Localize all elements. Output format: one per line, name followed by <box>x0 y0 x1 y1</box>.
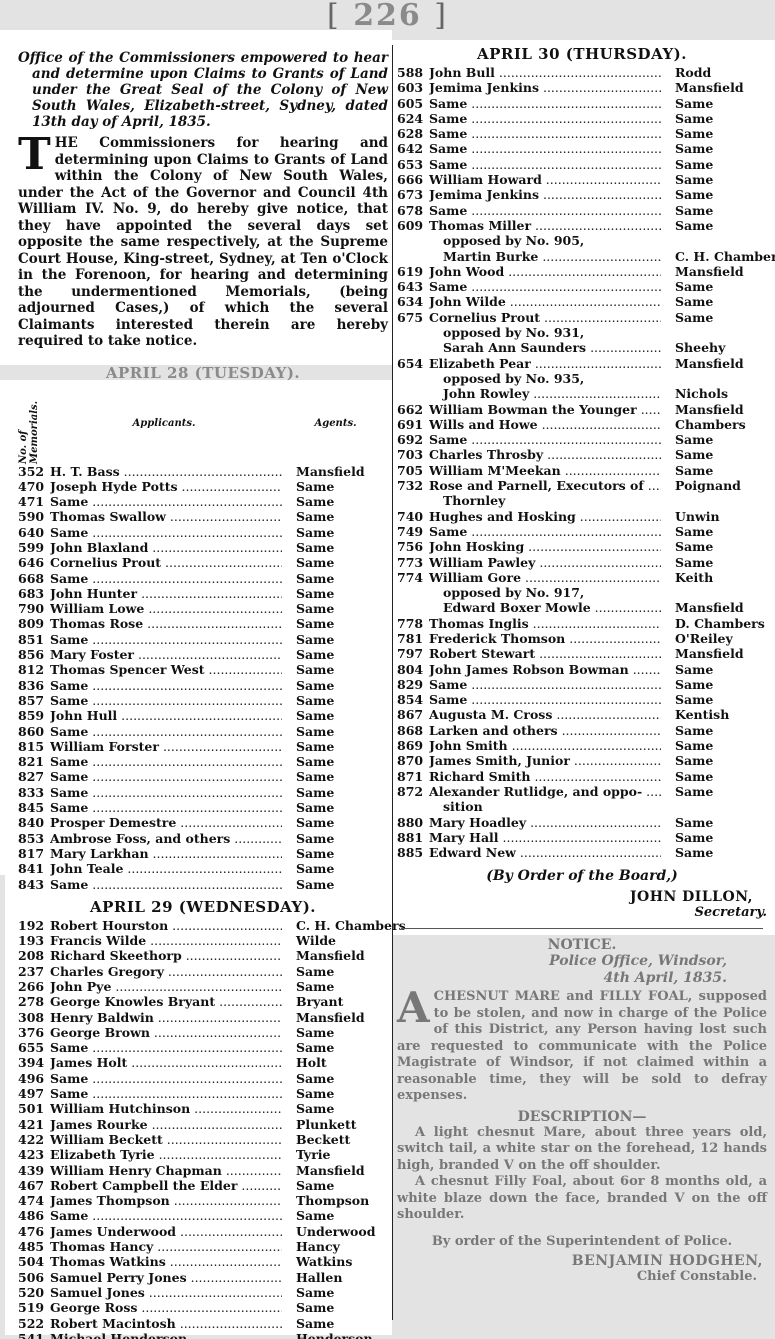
applicant-name: Same <box>50 769 282 784</box>
table-row: 815William ForsterSame <box>18 739 388 754</box>
agent-name: Same <box>661 126 767 141</box>
applicant-name: Jemima Jenkins <box>429 187 661 202</box>
applicant-name: Larken and others <box>429 723 661 738</box>
applicant-name: Jemima Jenkins <box>429 80 661 95</box>
memorial-number: 603 <box>397 80 429 95</box>
agent-name: Same <box>661 815 767 830</box>
memorial-number: 496 <box>18 1071 50 1086</box>
memorial-number: 497 <box>18 1086 50 1101</box>
memorial-number <box>397 325 429 340</box>
applicant-name: Rose and Parnell, Executors of <box>429 478 661 493</box>
memorial-number: 851 <box>18 632 50 647</box>
agent-name: Same <box>282 724 388 739</box>
applicant-name: John Wood <box>429 264 661 279</box>
applicant-name: John Smith <box>429 738 661 753</box>
applicant-name: Charles Throsby <box>429 447 661 462</box>
memorial-number <box>397 600 429 615</box>
agent-name: Same <box>661 96 767 111</box>
memorial-number: 394 <box>18 1055 50 1070</box>
agent-name: Same <box>282 1071 388 1086</box>
agent-name: Same <box>661 769 767 784</box>
table-row: opposed by No. 917, <box>397 585 767 600</box>
applicant-name: Same <box>429 692 661 707</box>
table-row: 790William LoweSame <box>18 601 388 616</box>
applicant-name: Same <box>50 1040 282 1055</box>
agent-name: Same <box>282 846 388 861</box>
table-row: 237Charles GregorySame <box>18 964 388 979</box>
agent-name: Same <box>282 785 388 800</box>
table-row: 208Richard SkeethorpMansfield <box>18 948 388 963</box>
memorial-number: 504 <box>18 1254 50 1269</box>
table-row: 653SameSame <box>397 157 767 172</box>
memorial-number: 192 <box>18 918 50 933</box>
agent-name: Same <box>282 815 388 830</box>
table-row: 868Larken and othersSame <box>397 723 767 738</box>
agent-name: Same <box>282 1040 388 1055</box>
table-row: 643SameSame <box>397 279 767 294</box>
list-april-30: 588John BullRodd603Jemima JenkinsMansfie… <box>397 65 767 860</box>
applicant-name: Mary Foster <box>50 647 282 662</box>
applicant-name: Michael Henderson <box>50 1331 282 1339</box>
signer-title: Secretary. <box>397 905 767 920</box>
memorial-number: 827 <box>18 769 50 784</box>
memorial-number: 237 <box>18 964 50 979</box>
table-row: 705William M'MeekanSame <box>397 463 767 478</box>
memorial-number <box>397 493 429 508</box>
table-row: 422William BeckettBeckett <box>18 1132 388 1147</box>
applicant-name: Same <box>429 126 661 141</box>
table-row: 662William Bowman the YoungerMansfield <box>397 402 767 417</box>
table-row: 266John PyeSame <box>18 979 388 994</box>
agent-name: Same <box>282 800 388 815</box>
applicant-name: opposed by No. 917, <box>429 585 661 600</box>
applicant-name: Frederick Thomson <box>429 631 661 646</box>
memorial-number: 423 <box>18 1147 50 1162</box>
table-row: 773William PawleySame <box>397 555 767 570</box>
table-row: 666William HowardSame <box>397 172 767 187</box>
agent-name: Same <box>661 203 767 218</box>
agent-name: Same <box>282 964 388 979</box>
applicant-name: Thomas Watkins <box>50 1254 282 1269</box>
applicant-name: James Smith, Junior <box>429 753 661 768</box>
table-row: 308Henry BaldwinMansfield <box>18 1010 388 1025</box>
agent-name: Mansfield <box>661 600 767 615</box>
table-row: 634John WildeSame <box>397 294 767 309</box>
applicant-name: James Rourke <box>50 1117 282 1132</box>
table-row: 851SameSame <box>18 632 388 647</box>
applicant-name: Same <box>50 632 282 647</box>
description-heading: DESCRIPTION— <box>397 1109 767 1125</box>
memorial-number: 470 <box>18 479 50 494</box>
applicant-name: John Wilde <box>429 294 661 309</box>
notice-text: CHESNUT MARE and FILLY FOAL, supposed to… <box>397 989 767 1103</box>
agent-name: Same <box>661 294 767 309</box>
notice-signer-title: Chief Constable. <box>397 1269 767 1284</box>
agent-name: Mansfield <box>661 80 767 95</box>
header-agents: Agents. <box>288 418 383 429</box>
table-row: 860SameSame <box>18 724 388 739</box>
agent-name: Same <box>661 141 767 156</box>
table-row: 836SameSame <box>18 678 388 693</box>
applicant-name: James Thompson <box>50 1193 282 1208</box>
agent-name: Mansfield <box>282 1163 388 1178</box>
memorial-number: 867 <box>397 707 429 722</box>
memorial-number: 666 <box>397 172 429 187</box>
applicant-name: Thomas Hancy <box>50 1239 282 1254</box>
agent-name: Same <box>661 723 767 738</box>
table-row: 640SameSame <box>18 525 388 540</box>
table-row: 471SameSame <box>18 494 388 509</box>
memorial-number: 646 <box>18 555 50 570</box>
table-row: 845SameSame <box>18 800 388 815</box>
agent-name <box>661 799 767 814</box>
memorial-number: 692 <box>397 432 429 447</box>
applicant-name: Robert Stewart <box>429 646 661 661</box>
memorial-number <box>397 585 429 600</box>
table-row: 804John James Robson BowmanSame <box>397 662 767 677</box>
memorial-number: 655 <box>18 1040 50 1055</box>
memorial-number: 520 <box>18 1285 50 1300</box>
applicant-name: Same <box>50 571 282 586</box>
applicant-name: Same <box>50 800 282 815</box>
applicant-name: William Beckett <box>50 1132 282 1147</box>
notice-signer: BENJAMIN HODGHEN, <box>397 1253 767 1269</box>
table-row: 476James UnderwoodUnderwood <box>18 1224 388 1239</box>
day-heading-april-28: APRIL 28 (TUESDAY). <box>18 364 388 382</box>
memorial-number: 541 <box>18 1331 50 1339</box>
table-row: John RowleyNichols <box>397 386 767 401</box>
applicant-name: Same <box>429 111 661 126</box>
memorial-number: 673 <box>397 187 429 202</box>
agent-name: Hancy <box>282 1239 388 1254</box>
description-mare: A light chesnut Mare, about three years … <box>397 1125 767 1175</box>
applicant-name: Same <box>50 754 282 769</box>
table-row: 421James RourkePlunkett <box>18 1117 388 1132</box>
table-row: 504Thomas WatkinsWatkins <box>18 1254 388 1269</box>
table-row: 474James ThompsonThompson <box>18 1193 388 1208</box>
agent-name: Poignand <box>661 478 767 493</box>
memorial-number: 640 <box>18 525 50 540</box>
table-row: Thornley <box>397 493 767 508</box>
memorial-number <box>397 799 429 814</box>
agent-name: Watkins <box>282 1254 388 1269</box>
table-row: 470Joseph Hyde PottsSame <box>18 479 388 494</box>
agent-name: Same <box>661 310 767 325</box>
table-row: 519George RossSame <box>18 1300 388 1315</box>
agent-name: Same <box>282 979 388 994</box>
agent-name: Same <box>282 494 388 509</box>
applicant-name: Joseph Hyde Potts <box>50 479 282 494</box>
memorial-number: 266 <box>18 979 50 994</box>
memorial-number: 590 <box>18 509 50 524</box>
agent-name: Same <box>661 524 767 539</box>
applicant-name: George Brown <box>50 1025 282 1040</box>
memorial-number: 519 <box>18 1300 50 1315</box>
memorial-number <box>397 233 429 248</box>
applicant-name: William Lowe <box>50 601 282 616</box>
applicant-name: William Forster <box>50 739 282 754</box>
agent-name: Same <box>661 692 767 707</box>
memorial-number: 683 <box>18 586 50 601</box>
applicant-name: Same <box>50 525 282 540</box>
agent-name: Same <box>661 662 767 677</box>
agent-name: Same <box>282 693 388 708</box>
agent-name: D. Chambers <box>661 616 767 631</box>
applicant-name: John Blaxland <box>50 540 282 555</box>
memorial-number: 836 <box>18 678 50 693</box>
memorial-number: 773 <box>397 555 429 570</box>
memorial-number: 668 <box>18 571 50 586</box>
agent-name: Same <box>661 172 767 187</box>
agent-name: Same <box>282 509 388 524</box>
table-row: Sarah Ann SaundersSheehy <box>397 340 767 355</box>
agent-name: Rodd <box>661 65 767 80</box>
applicant-name: Same <box>429 203 661 218</box>
memorial-number: 474 <box>18 1193 50 1208</box>
table-row: 871Richard SmithSame <box>397 769 767 784</box>
applicant-name: William Gore <box>429 570 661 585</box>
signer-name: JOHN DILLON, <box>397 889 767 905</box>
table-row: 678SameSame <box>397 203 767 218</box>
table-row: 376George BrownSame <box>18 1025 388 1040</box>
applicant-name: John Teale <box>50 861 282 876</box>
memorial-number: 841 <box>18 861 50 876</box>
applicant-name: Elizabeth Pear <box>429 356 661 371</box>
agent-name: Same <box>282 540 388 555</box>
applicant-name: Richard Smith <box>429 769 661 784</box>
table-row: 756John HoskingSame <box>397 539 767 554</box>
memorial-number: 654 <box>397 356 429 371</box>
applicant-name: Same <box>50 678 282 693</box>
left-column: Office of the Commissioners empowered to… <box>18 50 388 1339</box>
agent-name: Thompson <box>282 1193 388 1208</box>
applicant-name: Same <box>429 524 661 539</box>
table-row: opposed by No. 905, <box>397 233 767 248</box>
agent-name: Same <box>661 157 767 172</box>
applicant-name: Charles Gregory <box>50 964 282 979</box>
right-column: APRIL 30 (THURSDAY). 588John BullRodd603… <box>397 40 767 1284</box>
table-row: 655SameSame <box>18 1040 388 1055</box>
agent-name: Sheehy <box>661 340 767 355</box>
agent-name: Same <box>282 769 388 784</box>
table-row: 817Mary LarkhanSame <box>18 846 388 861</box>
applicant-name: William Henry Chapman <box>50 1163 282 1178</box>
memorial-number: 868 <box>397 723 429 738</box>
applicant-name: sition <box>429 799 661 814</box>
memorial-number: 352 <box>18 464 50 479</box>
table-row: 872Alexander Rutlidge, and oppo-Same <box>397 784 767 799</box>
agent-name: Same <box>282 1316 388 1331</box>
agent-name <box>661 325 767 340</box>
applicant-name: James Holt <box>50 1055 282 1070</box>
memorial-number: 870 <box>397 753 429 768</box>
office-heading: Office of the Commissioners empowered to… <box>18 50 388 130</box>
agent-name: Same <box>661 677 767 692</box>
day-heading-april-29: APRIL 29 (WEDNESDAY). <box>18 898 388 916</box>
memorial-number: 522 <box>18 1316 50 1331</box>
applicant-name: Martin Burke <box>429 249 661 264</box>
applicant-name: William Howard <box>429 172 661 187</box>
applicant-name: John Bull <box>429 65 661 80</box>
applicant-name: Cornelius Prout <box>429 310 661 325</box>
table-row: 732Rose and Parnell, Executors ofPoignan… <box>397 478 767 493</box>
by-order-line: (By Order of the Board,) <box>397 868 767 884</box>
applicant-name: Same <box>50 1071 282 1086</box>
table-row: 192Robert HourstonC. H. Chambers <box>18 918 388 933</box>
agent-name: Same <box>661 555 767 570</box>
applicant-name: Thomas Inglis <box>429 616 661 631</box>
table-row: 843SameSame <box>18 877 388 892</box>
table-row: 501William HutchinsonSame <box>18 1101 388 1116</box>
agent-name: Chambers <box>661 417 767 432</box>
agent-name <box>661 233 767 248</box>
table-row: 840Prosper DemestreSame <box>18 815 388 830</box>
memorial-number: 605 <box>397 96 429 111</box>
applicant-name: Edward Boxer Mowle <box>429 600 661 615</box>
bracket-open: [ <box>327 0 341 33</box>
agent-name: Unwin <box>661 509 767 524</box>
applicant-name: H. T. Bass <box>50 464 282 479</box>
applicant-name: Same <box>429 677 661 692</box>
agent-name: C. H. Chambers <box>661 249 775 264</box>
agent-name: Tyrie <box>282 1147 388 1162</box>
applicant-name: Robert Hourston <box>50 918 282 933</box>
memorial-number: 501 <box>18 1101 50 1116</box>
memorial-number: 653 <box>397 157 429 172</box>
table-row: 439William Henry ChapmanMansfield <box>18 1163 388 1178</box>
table-row: 675Cornelius ProutSame <box>397 310 767 325</box>
table-row: 703Charles ThrosbySame <box>397 447 767 462</box>
table-row: 588John BullRodd <box>397 65 767 80</box>
memorial-number: 439 <box>18 1163 50 1178</box>
agent-name: Same <box>282 877 388 892</box>
agent-name: Same <box>282 1300 388 1315</box>
table-row: 740Hughes and HoskingUnwin <box>397 509 767 524</box>
agent-name: Holt <box>282 1055 388 1070</box>
memorial-number: 812 <box>18 662 50 677</box>
memorial-number: 860 <box>18 724 50 739</box>
table-row: 797Robert StewartMansfield <box>397 646 767 661</box>
table-row: 673Jemima JenkinsSame <box>397 187 767 202</box>
applicant-name: Elizabeth Tyrie <box>50 1147 282 1162</box>
agent-name: Same <box>282 479 388 494</box>
agent-name <box>661 371 767 386</box>
memorial-number: 854 <box>397 692 429 707</box>
applicant-name: John Rowley <box>429 386 661 401</box>
memorial-number: 809 <box>18 616 50 631</box>
table-row: 624SameSame <box>397 111 767 126</box>
table-row: 467Robert Campbell the ElderSame <box>18 1178 388 1193</box>
applicant-name: Ambrose Foss, and others <box>50 831 282 846</box>
agent-name: Same <box>282 754 388 769</box>
table-row: 827SameSame <box>18 769 388 784</box>
agent-name: Same <box>282 708 388 723</box>
memorial-number: 193 <box>18 933 50 948</box>
applicant-name: Thomas Spencer West <box>50 662 282 677</box>
applicant-name: Thomas Rose <box>50 616 282 631</box>
agent-name: Same <box>661 111 767 126</box>
agent-name: Same <box>282 1285 388 1300</box>
table-row: 854SameSame <box>397 692 767 707</box>
memorial-number <box>397 340 429 355</box>
applicant-name: opposed by No. 931, <box>429 325 661 340</box>
memorial-number: 856 <box>18 647 50 662</box>
agent-name: Underwood <box>282 1224 388 1239</box>
memorial-number <box>397 371 429 386</box>
memorial-number: 857 <box>18 693 50 708</box>
list-april-28: 352H. T. BassMansfield470Joseph Hyde Pot… <box>18 464 388 892</box>
table-row: 774William GoreKeith <box>397 570 767 585</box>
memorial-number: 740 <box>397 509 429 524</box>
applicant-name: William M'Meekan <box>429 463 661 478</box>
agent-name: Same <box>282 1178 388 1193</box>
applicant-name: Hughes and Hosking <box>429 509 661 524</box>
agent-name: Same <box>282 1101 388 1116</box>
table-row: 603Jemima JenkinsMansfield <box>397 80 767 95</box>
agent-name: Same <box>282 555 388 570</box>
agent-name: Mansfield <box>282 948 388 963</box>
table-row: 496SameSame <box>18 1071 388 1086</box>
memorial-number: 885 <box>397 845 429 860</box>
table-row: 856Mary FosterSame <box>18 647 388 662</box>
memorial-number: 817 <box>18 846 50 861</box>
agent-name: O'Reiley <box>661 631 767 646</box>
applicant-name: Samuel Perry Jones <box>50 1270 282 1285</box>
memorial-number: 880 <box>397 815 429 830</box>
memorial-number: 815 <box>18 739 50 754</box>
memorial-number: 871 <box>397 769 429 784</box>
applicant-name: Cornelius Prout <box>50 555 282 570</box>
table-row: 605SameSame <box>397 96 767 111</box>
notice-date: 4th April, 1835. <box>397 970 767 987</box>
agent-name: Same <box>661 830 767 845</box>
table-row: 642SameSame <box>397 141 767 156</box>
table-row: 859John HullSame <box>18 708 388 723</box>
agent-name: Same <box>282 1208 388 1223</box>
applicant-name: Same <box>50 877 282 892</box>
applicant-name: Robert Macintosh <box>50 1316 282 1331</box>
agent-name: Kentish <box>661 707 767 722</box>
table-row: sition <box>397 799 767 814</box>
memorial-number: 486 <box>18 1208 50 1223</box>
applicant-name: Same <box>50 785 282 800</box>
applicant-name: Prosper Demestre <box>50 815 282 830</box>
applicant-name: Robert Campbell the Elder <box>50 1178 282 1193</box>
applicant-name: Same <box>50 1086 282 1101</box>
memorial-number: 662 <box>397 402 429 417</box>
agent-name: Hallen <box>282 1270 388 1285</box>
table-row: opposed by No. 935, <box>397 371 767 386</box>
applicant-name: John Hunter <box>50 586 282 601</box>
agent-name: Same <box>661 432 767 447</box>
memorial-number: 778 <box>397 616 429 631</box>
table-row: 394James HoltHolt <box>18 1055 388 1070</box>
memorial-number: 881 <box>397 830 429 845</box>
applicant-name: Henry Baldwin <box>50 1010 282 1025</box>
agent-name: Same <box>282 1025 388 1040</box>
agent-name: Keith <box>661 570 767 585</box>
applicant-name: Same <box>50 693 282 708</box>
header-number: No. of Memorials. <box>18 384 40 464</box>
agent-name: Same <box>661 447 767 462</box>
applicant-name: Mary Hall <box>429 830 661 845</box>
memorial-number: 642 <box>397 141 429 156</box>
description-foal: A chesnut Filly Foal, about 6or 8 months… <box>397 1174 767 1224</box>
agent-name: Same <box>282 525 388 540</box>
memorial-number: 843 <box>18 877 50 892</box>
memorial-number: 872 <box>397 784 429 799</box>
applicant-name: Same <box>429 96 661 111</box>
